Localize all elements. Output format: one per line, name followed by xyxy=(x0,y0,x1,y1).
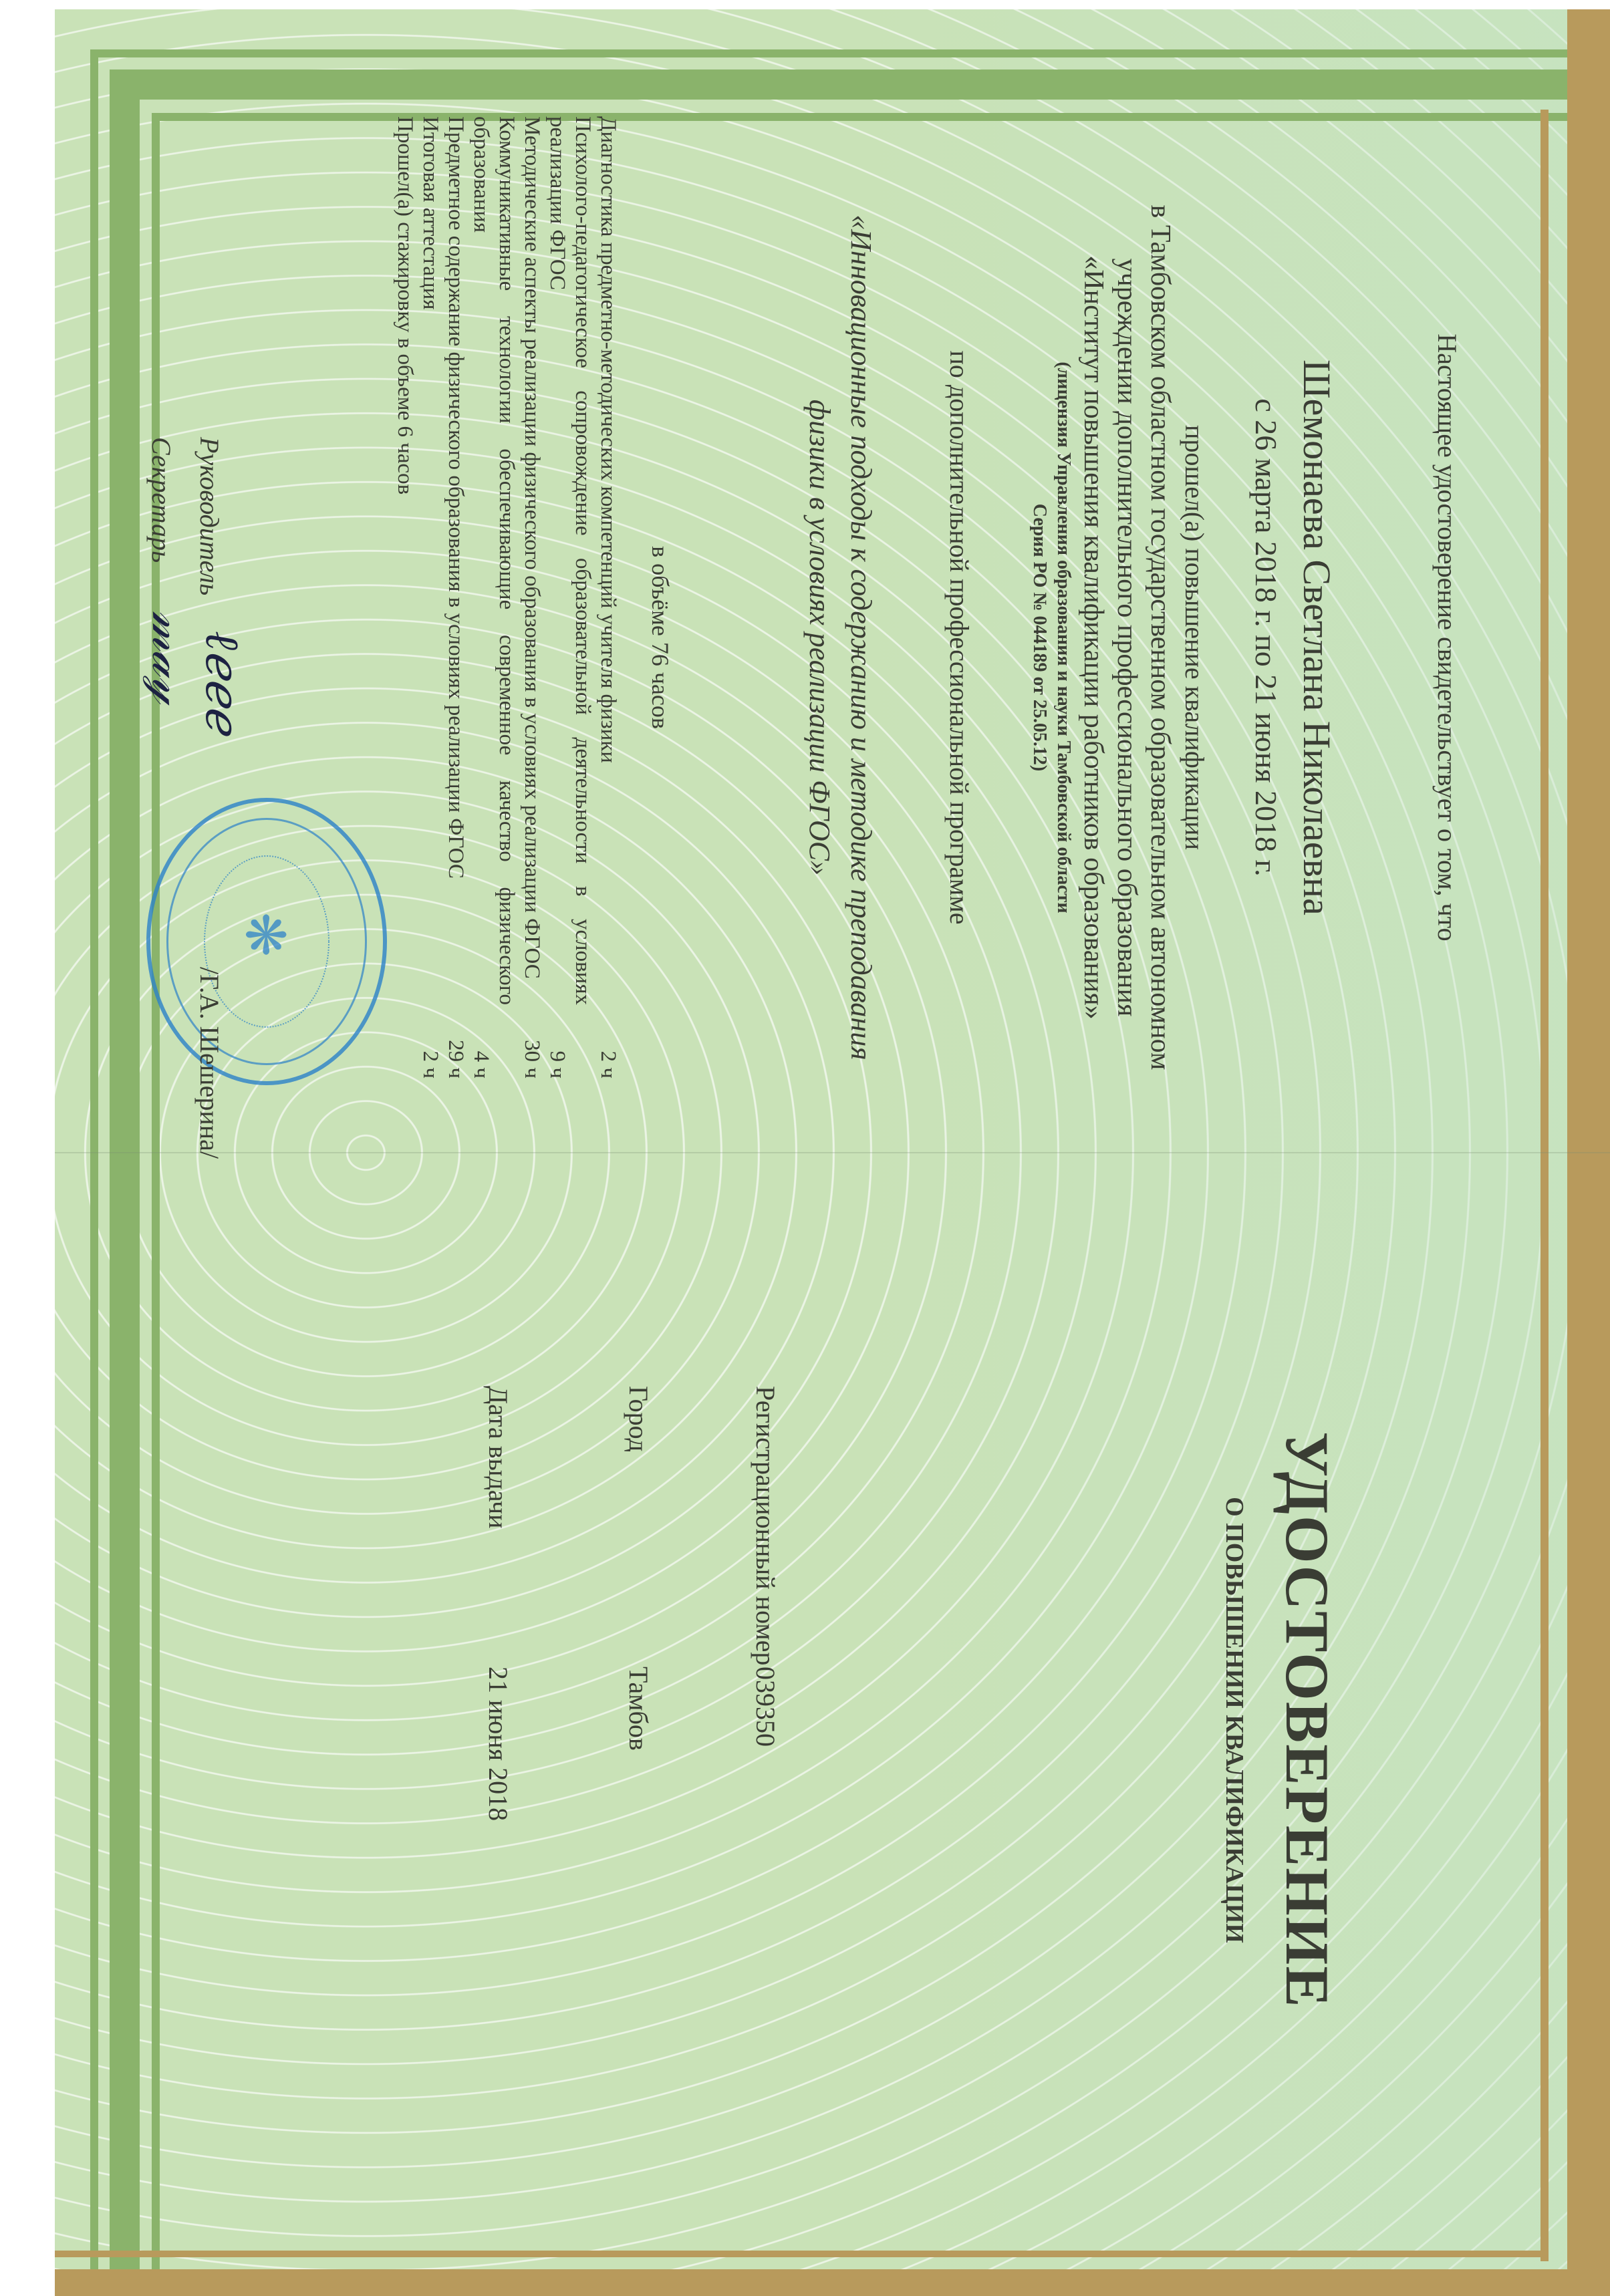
internship-text: Прошел(а) стажировку в объеме 6 часов xyxy=(392,116,418,1079)
document-title: УДОСТОВЕРЕНИЕ xyxy=(1272,1185,1343,2255)
license-line: Серия РО № 044189 от 25.05.12) xyxy=(1027,116,1051,1159)
secretary-label: Секретарь xyxy=(137,437,185,563)
intro-text: Настоящее удостоверение свидетельствует … xyxy=(1432,116,1463,1159)
handwritten-signature-icon: ℓℯℯℯ xyxy=(198,631,247,733)
module-row: Методические аспекты реализации физическ… xyxy=(519,116,545,1079)
signature-row-secretary: Секретарь xyxy=(137,437,185,1159)
module-name: Психолого-педагогическое сопровождение о… xyxy=(545,116,595,1005)
license-line: (лицензия Управления образования и науки… xyxy=(1051,116,1075,1159)
module-hours: 4 ч xyxy=(468,1005,494,1079)
institution-name: в Тамбовском областном государственном о… xyxy=(1077,116,1177,1159)
institution-line: в Тамбовском областном государственном о… xyxy=(1144,116,1177,1159)
document-subtitle: О ПОВЫШЕНИИ КВАЛИФИКАЦИИ xyxy=(1220,1185,1249,2255)
program-label: по дополнительной профессиональной прогр… xyxy=(944,116,975,1159)
city-label: Город xyxy=(623,1386,654,1667)
head-name: /Г.А. Шешерина/ xyxy=(185,967,233,1159)
certificate-title-page: УДОСТОВЕРЕНИЕ О ПОВЫШЕНИИ КВАЛИФИКАЦИИ Р… xyxy=(55,1185,1610,2255)
certificate-sheet: Настоящее удостоверение свидетельствует … xyxy=(55,9,1610,2296)
registration-label: Регистрационный номер xyxy=(750,1386,781,1667)
module-name: Методические аспекты реализации физическ… xyxy=(519,116,545,1005)
training-dates: с 26 марта 2018 г. по 21 июня 2018 г. xyxy=(1248,116,1284,1159)
module-row: Диагностика предметно-методических компе… xyxy=(595,116,621,1079)
module-row: Коммуникативные технологии обеспечивающи… xyxy=(468,116,519,1079)
module-hours: 2 ч xyxy=(595,1005,621,1079)
head-label: Руководитель xyxy=(185,437,233,595)
institution-line: учреждении дополнительного профессиональ… xyxy=(1110,116,1144,1159)
rotated-content: Настоящее удостоверение свидетельствует … xyxy=(55,9,1610,2296)
signature-block: Руководитель /Г.А. Шешерина/ Секретарь ℓ… xyxy=(137,437,233,1159)
handwritten-signature-icon: 𝓂𝒶𝓎 xyxy=(145,611,193,704)
program-title: «Инновационные подходы к содержанию и ме… xyxy=(799,170,882,1105)
institution-line: «Институт повышения квалификации работни… xyxy=(1077,116,1110,1159)
license-info: (лицензия Управления образования и науки… xyxy=(1027,116,1075,1159)
module-name: Предметное содержание физического образо… xyxy=(443,116,468,1005)
signature-row-head: Руководитель /Г.А. Шешерина/ xyxy=(185,437,233,1159)
module-row: Предметное содержание физического образо… xyxy=(443,116,468,1079)
module-name: Коммуникативные технологии обеспечивающи… xyxy=(468,116,519,1005)
module-name: Диагностика предметно-методических компе… xyxy=(595,116,621,1005)
module-hours: 2 ч xyxy=(418,1005,443,1079)
registration-value: 039350 xyxy=(750,1667,781,1747)
seal-emblem-icon: ❋ xyxy=(233,912,296,957)
city-value: Тамбов xyxy=(623,1667,654,1751)
module-row: Психолого-педагогическое сопровождение о… xyxy=(545,116,595,1079)
registration-number-field: Регистрационный номер 039350 xyxy=(750,1386,781,2054)
module-hours: 30 ч xyxy=(519,1005,545,1079)
certificate-content-page: Настоящее удостоверение свидетельствует … xyxy=(55,116,1610,1159)
module-list: Диагностика предметно-методических компе… xyxy=(392,116,621,1079)
city-field: Город Тамбов xyxy=(623,1386,654,2054)
program-volume: в объёме 76 часов xyxy=(646,116,674,1159)
module-hours: 29 ч xyxy=(443,1005,468,1079)
passed-text: прошел(а) повышение квалификации xyxy=(1179,116,1210,1159)
issue-date-field: Дата выдачи 21 июня 2018 xyxy=(483,1386,514,2054)
module-hours: 9 ч xyxy=(545,1005,570,1079)
issue-date-value: 21 июня 2018 xyxy=(483,1667,514,1821)
issue-date-label: Дата выдачи xyxy=(483,1386,514,1667)
module-name: Итоговая аттестация xyxy=(418,116,443,1005)
module-row: Итоговая аттестация 2 ч xyxy=(418,116,443,1079)
holder-name: Шемонаева Светлана Николаевна xyxy=(1295,116,1339,1159)
